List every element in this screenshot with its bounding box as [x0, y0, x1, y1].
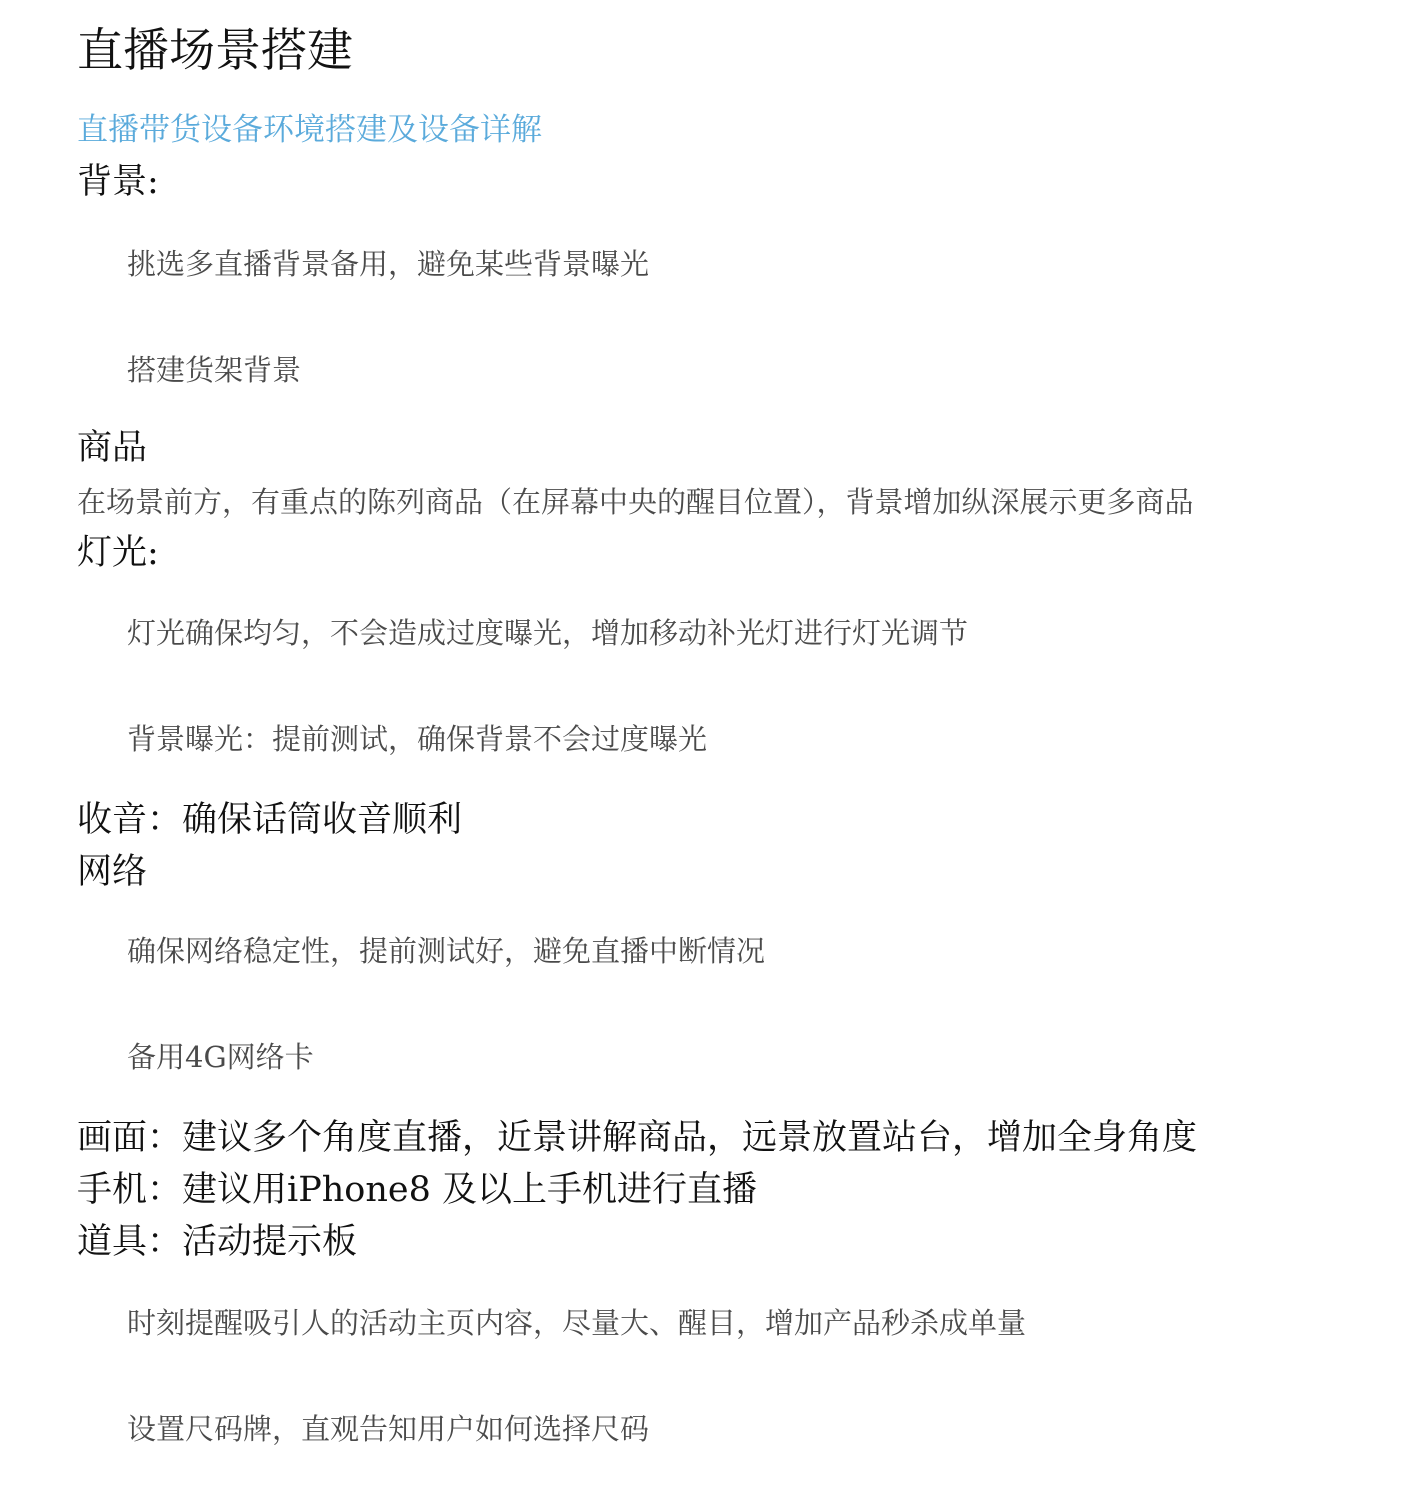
heading-background: 背景: — [77, 159, 159, 205]
heading-picture: 画面：建议多个角度直播，近景讲解商品，远景放置站台，增加全身角度 — [77, 1115, 1197, 1161]
props-item-2: 设置尺码牌，直观告知用户如何选择尺码 — [127, 1410, 649, 1448]
background-item-1: 挑选多直播背景备用，避免某些背景曝光 — [127, 245, 649, 283]
heading-network: 网络 — [77, 849, 147, 895]
network-item-1: 确保网络稳定性，提前测试好，避免直播中断情况 — [127, 932, 765, 970]
subtitle-link[interactable]: 直播带货设备环境搭建及设备详解 — [77, 110, 542, 150]
heading-props: 道具：活动提示板 — [77, 1219, 357, 1265]
page-title: 直播场景搭建 — [77, 22, 353, 78]
network-item-2: 备用4G网络卡 — [127, 1038, 314, 1076]
heading-phone: 手机：建议用iPhone8 及以上手机进行直播 — [77, 1167, 757, 1213]
products-text: 在场景前方，有重点的陈列商品（在屏幕中央的醒目位置），背景增加纵深展示更多商品 — [77, 483, 1194, 521]
lighting-item-1: 灯光确保均匀，不会造成过度曝光，增加移动补光灯进行灯光调节 — [127, 614, 968, 652]
heading-products: 商品 — [77, 425, 147, 471]
lighting-item-2: 背景曝光：提前测试，确保背景不会过度曝光 — [127, 720, 707, 758]
props-item-1: 时刻提醒吸引人的活动主页内容，尽量大、醒目，增加产品秒杀成单量 — [127, 1304, 1026, 1342]
background-item-2: 搭建货架背景 — [127, 351, 301, 389]
heading-lighting: 灯光: — [77, 530, 159, 576]
heading-audio: 收音：确保话筒收音顺利 — [77, 797, 462, 843]
